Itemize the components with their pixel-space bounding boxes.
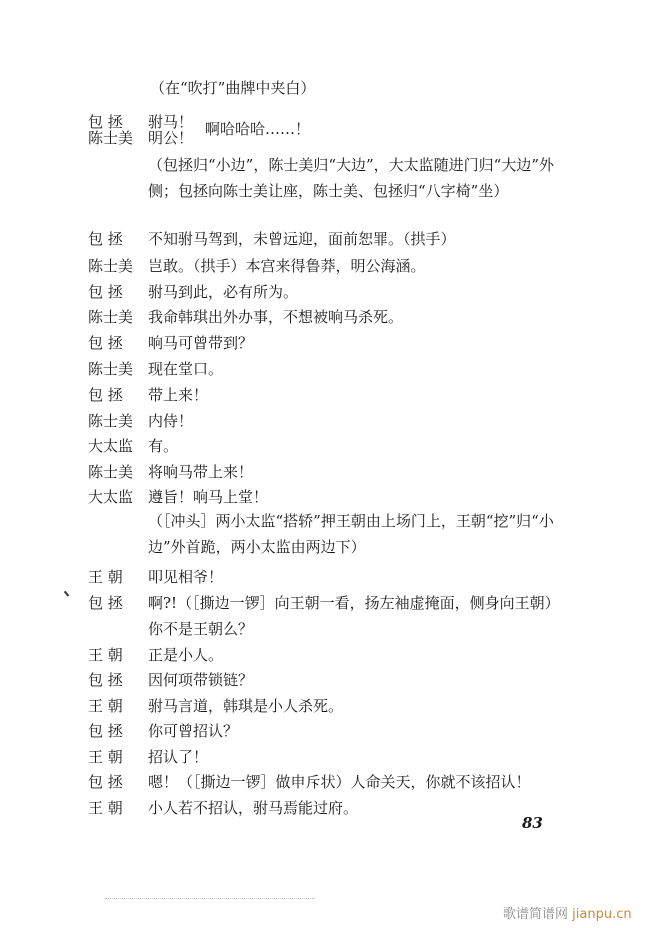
speaker: 陈士美 (88, 360, 140, 378)
speaker: 王 朝 (88, 799, 140, 817)
speaker: 包 拯 (88, 334, 140, 352)
dialogue-line: 你可曾招认？ (148, 722, 238, 740)
dialogue-line: 不知驸马驾到，未曾远迎，面前恕罪。（拱手） (148, 230, 456, 248)
stage-direction: （［冲头］两小太监“搭轿”押王朝由上场门上，王朝“挖”归“小边”外首跪，两小太监… (148, 508, 568, 560)
scan-artifact (61, 591, 69, 599)
duet-shared-line: 啊哈哈哈……！ (205, 118, 310, 139)
watermark: 歌谱简谱网 jianpu.cn (503, 903, 632, 922)
dialogue-line: 正是小人。 (148, 646, 223, 664)
speaker: 包 拯 (88, 671, 140, 689)
dialogue-line: 驸马到此，必有所为。 (148, 283, 298, 301)
speaker: 大太监 (88, 437, 140, 455)
duet-line-2: 明公！ (148, 129, 193, 147)
script-page: （在“吹打”曲牌中夹白） 包 拯 驸马！ 陈士美 明公！ 啊哈哈哈……！ （包拯… (0, 0, 655, 928)
watermark-cn: 歌谱简谱网 (503, 907, 568, 922)
speaker: 陈士美 (88, 412, 140, 430)
speaker: 包 拯 (88, 230, 140, 248)
dialogue-line: 现在堂口。 (148, 360, 223, 378)
dialogue-line: 小人若不招认，驸马焉能过府。 (148, 799, 358, 817)
dialogue-line: 啊?!（［撕边一锣］向王朝一看，扬左袖虚掩面，侧身向王朝）你不是王朝么？ (148, 590, 568, 642)
dialogue-line: 响马可曾带到？ (148, 334, 253, 352)
dialogue-line: 叩见相爷！ (148, 568, 223, 586)
dialogue-line: 有。 (148, 437, 178, 455)
speaker: 包 拯 (88, 773, 140, 791)
dialogue-line: 遵旨！响马上堂！ (148, 488, 268, 506)
speaker: 包 拯 (88, 594, 140, 612)
speaker: 陈士美 (88, 257, 140, 275)
header-stage-direction: （在“吹打”曲牌中夹白） (150, 79, 315, 97)
speaker: 陈士美 (88, 463, 140, 481)
dialogue-line: 嗯！（［撕边一锣］做申斥状）人命关天，你就不该招认！ (148, 773, 531, 791)
speaker: 包 拯 (88, 722, 140, 740)
speaker: 包 拯 (88, 386, 140, 404)
dialogue-line: 内侍！ (148, 412, 193, 430)
speaker: 王 朝 (88, 697, 140, 715)
stage-direction: （包拯归“小边”，陈士美归“大边”，大太监随进门归“大边”外侧；包拯向陈士美让座… (148, 152, 568, 204)
duet-speaker-2: 陈士美 (88, 129, 140, 147)
dialogue-line: 驸马言道，韩琪是小人杀死。 (148, 697, 343, 715)
scan-artifact (105, 898, 315, 900)
speaker: 包 拯 (88, 283, 140, 301)
speaker: 王 朝 (88, 748, 140, 766)
speaker: 陈士美 (88, 308, 140, 326)
dialogue-line: 将响马带上来！ (148, 463, 253, 481)
watermark-latin: jianpu.cn (572, 907, 631, 922)
dialogue-line: 岂敢。（拱手）本宫来得鲁莽，明公海涵。 (148, 257, 426, 275)
speaker: 大太监 (88, 488, 140, 506)
dialogue-line: 我命韩琪出外办事，不想被响马杀死。 (148, 308, 403, 326)
dialogue-line: 招认了！ (148, 748, 208, 766)
dialogue-line: 带上来！ (148, 386, 208, 404)
speaker: 王 朝 (88, 568, 140, 586)
dialogue-line: 因何项带锁链？ (148, 671, 253, 689)
speaker: 王 朝 (88, 646, 140, 664)
page-number: 83 (522, 814, 543, 832)
